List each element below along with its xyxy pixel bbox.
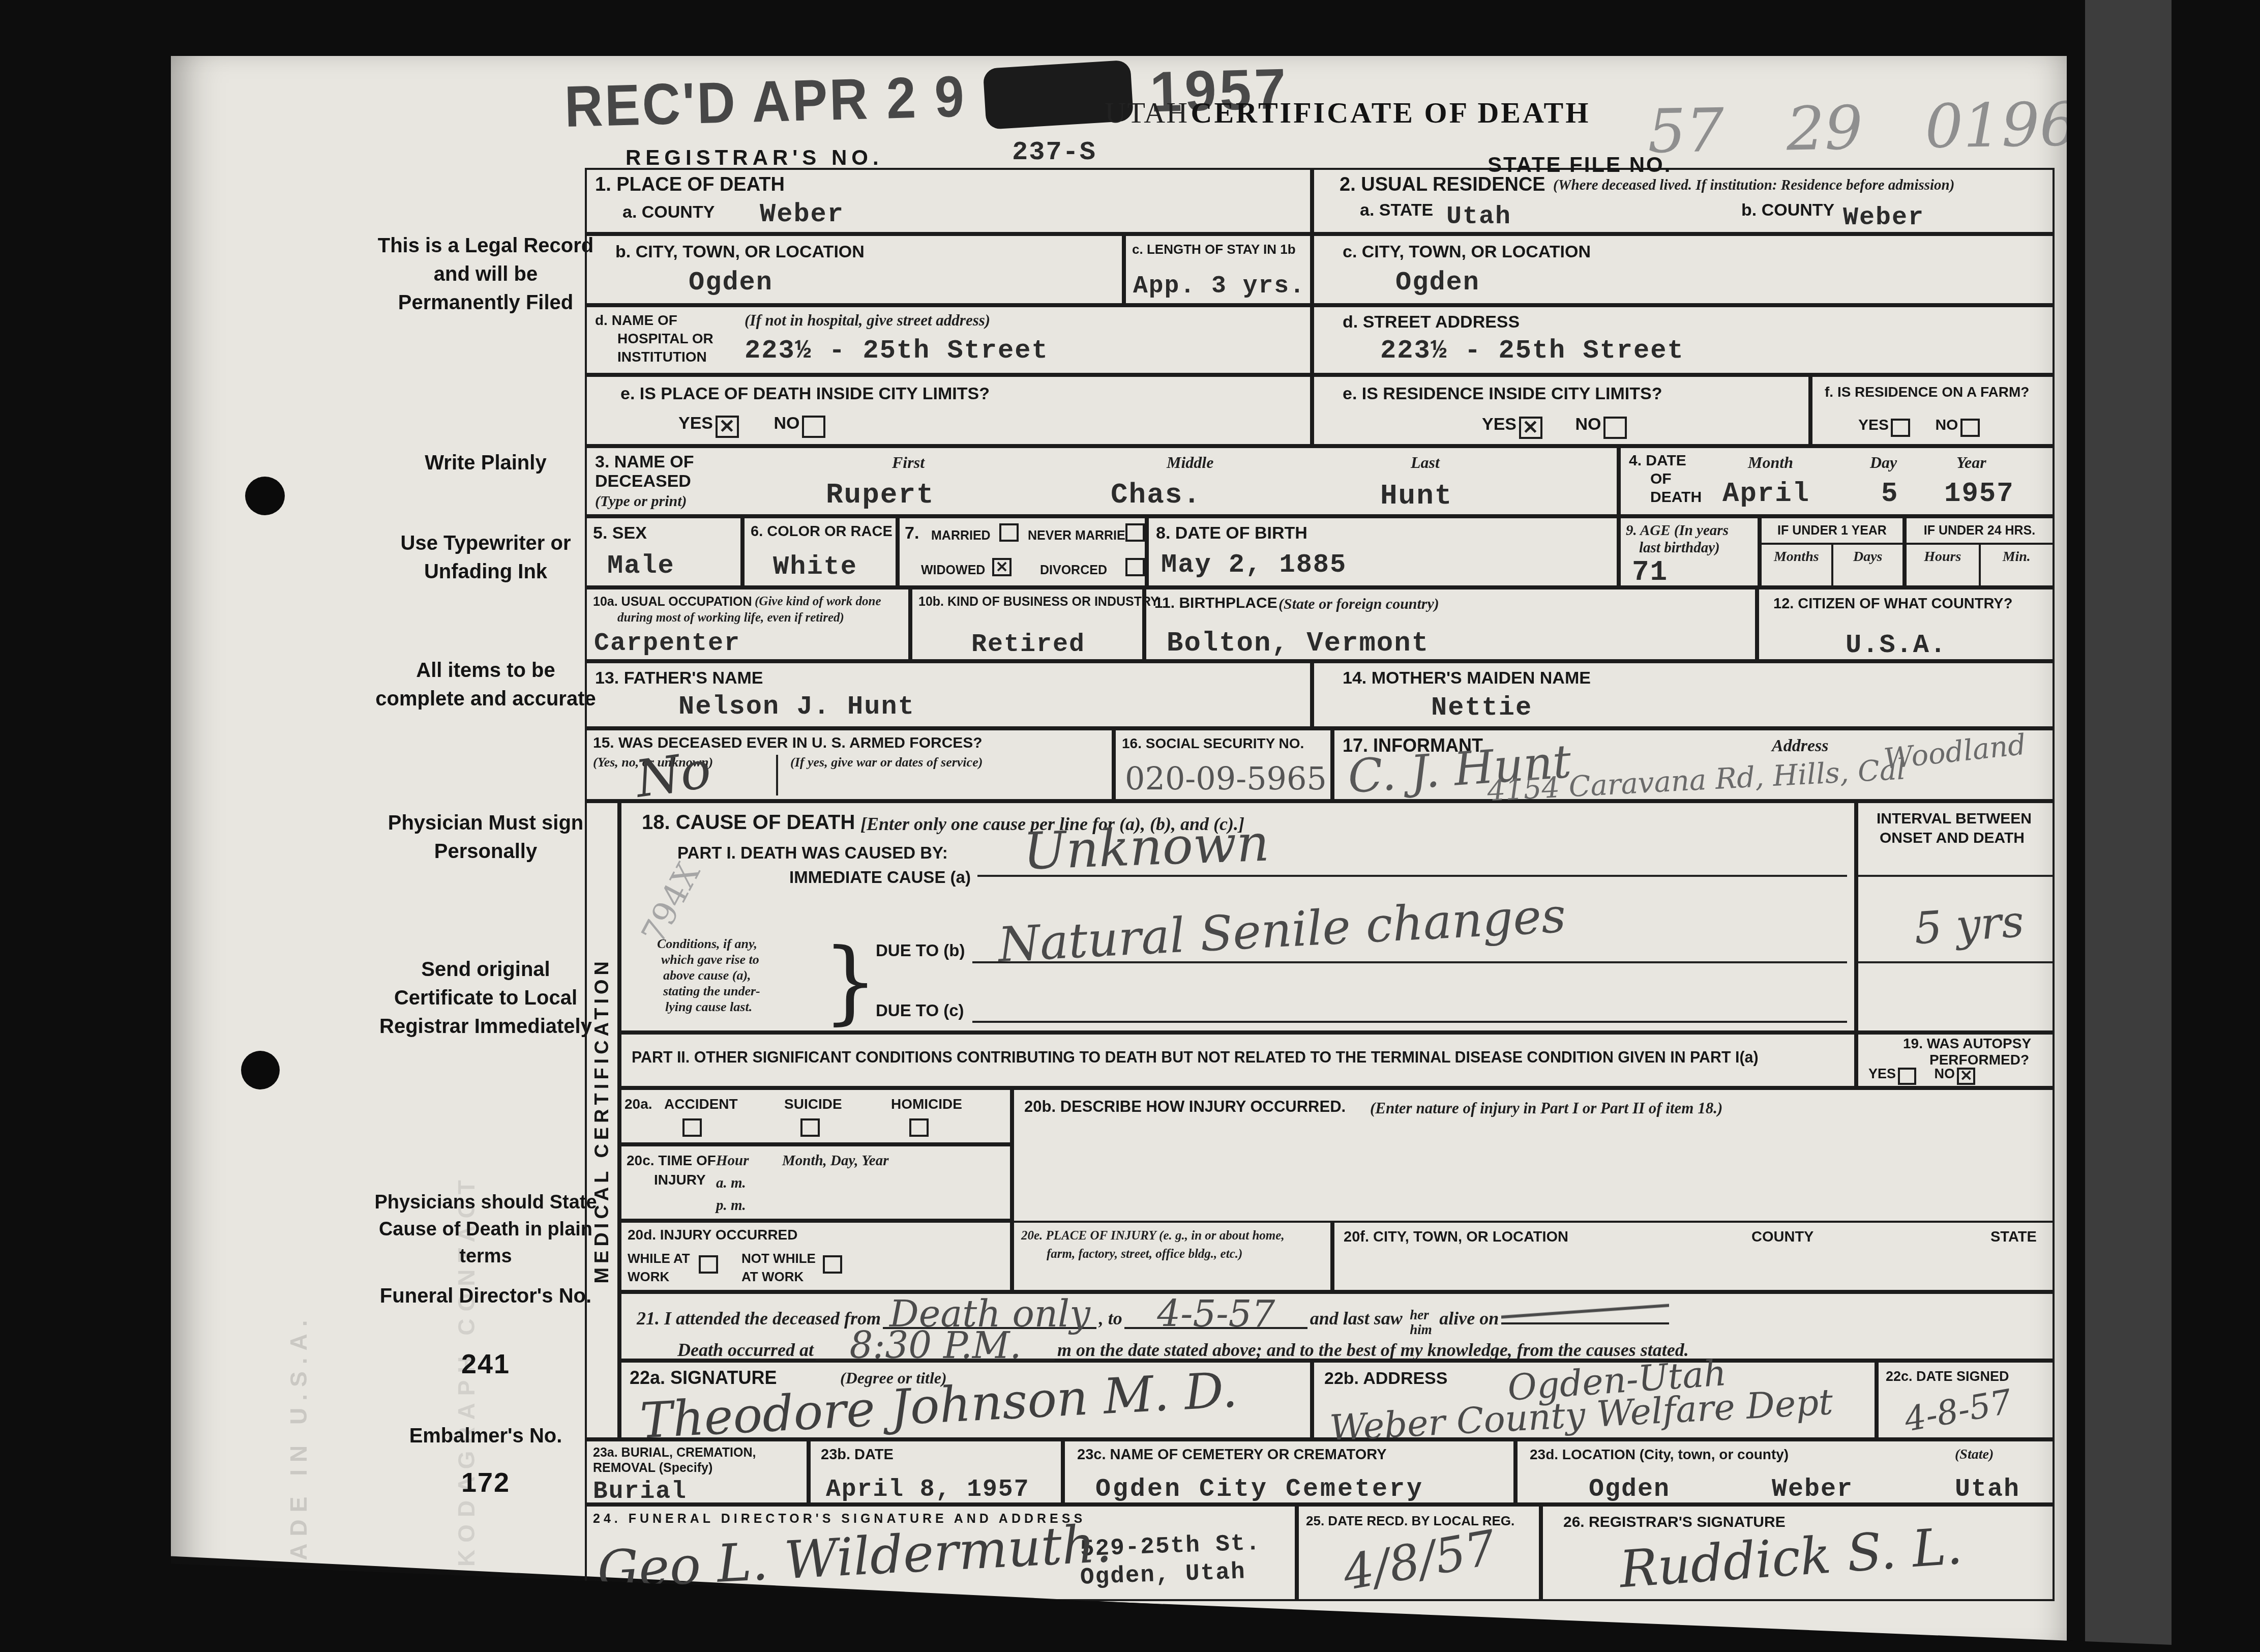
cause-b-value: Natural Senile changes <box>997 888 1567 973</box>
citizen-country-value: U.S.A. <box>1846 630 1947 660</box>
conditions-brace: } <box>823 929 878 1035</box>
form-title-state: UTAH <box>1105 96 1188 129</box>
registrar-no-value: 237-S <box>1012 137 1096 167</box>
describe-injury-label: 20b. DESCRIBE HOW INJURY OCCURRED. <box>1024 1098 1346 1116</box>
field-physician-address: 22b. ADDRESS Ogden-Utah Weber County Wel… <box>1312 1361 1877 1439</box>
field-injury-occurred: 20d. INJURY OCCURRED WHILE AT WORK NOT W… <box>619 1221 1012 1292</box>
due-to-b-label: DUE TO (b) <box>876 941 965 960</box>
county-of-death-value: Weber <box>760 199 844 229</box>
field-20a-num: 20a. <box>625 1096 652 1112</box>
cemetery-name-label: 23c. NAME OF CEMETERY OR CREMATORY <box>1077 1447 1387 1463</box>
left-black-band <box>0 0 171 1652</box>
death-occurred-text-2: m on the date stated above; and to the b… <box>1057 1340 1689 1360</box>
field-registrar-signature: 26. REGISTRAR'S SIGNATURE Ruddick S. L. <box>1541 1504 2055 1601</box>
birthplace-label: 11. BIRTHPLACE <box>1154 595 1277 612</box>
injury-city-label: 20f. CITY, TOWN, OR LOCATION <box>1344 1229 1568 1245</box>
cemetery-city-value: Ogden <box>1589 1475 1670 1504</box>
residence-farm-answers: YES NO <box>1858 417 1980 437</box>
no-label: NO <box>774 414 799 433</box>
residence-city-limits-answers: YES ✕ NO <box>1482 415 1627 439</box>
hospital-note: (If not in hospital, give street address… <box>745 311 990 330</box>
divorced-label: DIVORCED <box>1040 563 1107 577</box>
signature-label: 22a. SIGNATURE <box>630 1368 777 1388</box>
interval-label-1: INTERVAL BETWEEN <box>1877 810 2032 828</box>
color-race-label: 6. COLOR OR RACE <box>751 523 893 540</box>
field-describe-injury: 20b. DESCRIBE HOW INJURY OCCURRED. (Ente… <box>1012 1088 2055 1221</box>
attended-text-1: 21. I attended the deceased from <box>637 1308 881 1329</box>
month-header: Month <box>1748 453 1793 472</box>
name-deceased-label-2: DECEASED <box>595 471 691 491</box>
not-while-label: NOT WHILE <box>741 1251 816 1266</box>
cause-a-value: Unknown <box>1022 813 1270 881</box>
field-city-of-death: b. CITY, TOWN, OR LOCATION Ogden <box>585 234 1124 305</box>
part2-label: PART II. OTHER SIGNIFICANT CONDITIONS CO… <box>632 1049 1759 1067</box>
yes-label: YES <box>1858 417 1889 433</box>
field-cemetery-location: 23d. LOCATION (City, town, or county) (S… <box>1515 1439 2055 1504</box>
margin-note-send-original: Send original Certificate to Local Regis… <box>374 955 598 1041</box>
top-black-band <box>0 0 2260 56</box>
margin-note-typewriter: Use Typewriter or Unfading Ink <box>374 529 598 586</box>
suicide-label: SUICIDE <box>784 1096 842 1112</box>
margin-note-complete: All items to be complete and accurate <box>374 656 598 713</box>
death-city-limits-answers: YES ✕ NO <box>678 414 825 438</box>
citizen-country-label: 12. CITIZEN OF WHAT COUNTRY? <box>1773 596 2012 612</box>
field-citizen-country: 12. CITIZEN OF WHAT COUNTRY? U.S.A. <box>1757 587 2055 661</box>
min-header: Min. <box>2003 549 2031 587</box>
checked-checkbox: ✕ <box>992 558 1012 576</box>
registrar-signature-label: 26. REGISTRAR'S SIGNATURE <box>1563 1514 1786 1531</box>
field-color-race: 6. COLOR OR RACE White <box>742 516 898 587</box>
empty-checkbox <box>823 1255 842 1274</box>
field-part2-conditions: PART II. OTHER SIGNIFICANT CONDITIONS CO… <box>619 1032 1856 1088</box>
conditions-line-2: which gave rise to <box>661 952 759 967</box>
field-length-of-stay: c. LENGTH OF STAY IN 1b App. 3 yrs. <box>1124 234 1312 305</box>
street-address-value: 223½ - 25th Street <box>1380 336 1684 366</box>
field-time-of-injury: 20c. TIME OF INJURY Hour Month, Day, Yea… <box>619 1144 1012 1221</box>
field-accident-suicide-homicide: 20a. ACCIDENT SUICIDE HOMICIDE <box>619 1088 1012 1144</box>
empty-checkbox <box>1891 419 1910 437</box>
date-signed-value: 4-8-57 <box>1901 1382 2015 1439</box>
social-security-label: 16. SOCIAL SECURITY NO. <box>1122 735 1304 751</box>
cemetery-name-value: Ogden City Cemetery <box>1095 1475 1424 1504</box>
date-of-death-label-3: DEATH <box>1650 489 1702 506</box>
min-box: Min. <box>1981 545 2053 587</box>
death-certificate-scan: KODAGRAPH CONTACT MADE IN U.S.A. REC'D A… <box>0 0 2260 1652</box>
attended-text-2: , to <box>1099 1308 1122 1329</box>
empty-checkbox <box>1125 558 1145 576</box>
color-race-value: White <box>773 552 857 582</box>
field-date-received: 25. DATE RECD. BY LOCAL REG. 4/8/57 <box>1297 1504 1541 1601</box>
cause-c-line <box>972 1021 1847 1023</box>
describe-injury-note: (Enter nature of injury in Part I or Par… <box>1370 1099 1722 1117</box>
occupation-value: Carpenter <box>594 629 740 658</box>
armed-forces-value: No <box>632 740 715 809</box>
social-security-value: 020-09-5965 <box>1125 760 1327 797</box>
margin-note-legal-record: This is a Legal Record and will be Perma… <box>374 231 598 317</box>
residence-city-limits-label: e. IS RESIDENCE INSIDE CITY LIMITS? <box>1343 384 1662 403</box>
city-of-death-value: Ogden <box>689 268 773 298</box>
field-business-industry: 10b. KIND OF BUSINESS OR INDUSTRY Retire… <box>910 587 1144 661</box>
occupation-label-b: (Give kind of work done <box>755 595 881 609</box>
medical-certification-label: MEDICAL CERTIFICATION <box>591 957 613 1284</box>
checked-checkbox: ✕ <box>1957 1068 1975 1085</box>
year-header: Year <box>1956 453 1986 472</box>
date-signed-label: 22c. DATE SIGNED <box>1886 1369 2009 1384</box>
yes-label: YES <box>1868 1066 1896 1081</box>
attended-to-value: 4-5-57 <box>1157 1299 1275 1329</box>
occupation-label-a: 10a. USUAL OCCUPATION <box>593 595 752 609</box>
yes-label: YES <box>1482 415 1516 434</box>
months-header: Months <box>1774 549 1819 587</box>
residence-state-label: a. STATE <box>1360 200 1433 220</box>
first-name-header: First <box>892 453 925 472</box>
sex-value: Male <box>607 551 675 581</box>
city-of-death-label: b. CITY, TOWN, OR LOCATION <box>615 242 865 261</box>
physician-address-label: 22b. ADDRESS <box>1324 1369 1447 1388</box>
birthplace-note: (State or foreign country) <box>1278 596 1439 613</box>
work-label: WORK <box>628 1270 669 1284</box>
interval-label-2: ONSET AND DEATH <box>1880 830 2025 847</box>
homicide-label: HOMICIDE <box>891 1096 962 1112</box>
residence-state-value: Utah <box>1446 202 1511 231</box>
death-day-value: 5 <box>1881 479 1898 510</box>
field-residence-city-limits: e. IS RESIDENCE INSIDE CITY LIMITS? YES … <box>1312 375 1810 446</box>
field-date-signed: 22c. DATE SIGNED 4-8-57 <box>1877 1361 2055 1439</box>
injury-county-label: COUNTY <box>1751 1229 1813 1245</box>
field-if-under-1-year: IF UNDER 1 YEAR Months Days <box>1760 516 1905 587</box>
death-year-value: 1957 <box>1944 479 2014 510</box>
residence-county-label: b. COUNTY <box>1741 200 1834 220</box>
part1-label: PART I. DEATH WAS CAUSED BY: <box>677 844 948 863</box>
last-name-value: Hunt <box>1380 480 1452 512</box>
death-month-value: April <box>1722 479 1810 510</box>
margin-note-write-plainly: Write Plainly <box>374 449 598 477</box>
field-physician-signature: 22a. SIGNATURE (Degree or title) Theodor… <box>619 1361 1312 1439</box>
armed-forces-note-2: (If yes, give war or dates of service) <box>790 755 983 770</box>
field-birthplace: 11. BIRTHPLACE (State or foreign country… <box>1144 587 1757 661</box>
hospital-label-1: d. NAME OF <box>595 312 677 328</box>
field-injury-city-county-state: 20f. CITY, TOWN, OR LOCATION COUNTY STAT… <box>1332 1221 2055 1292</box>
mothers-maiden-name-value: Nettie <box>1431 693 1532 723</box>
empty-checkbox <box>1898 1068 1916 1085</box>
first-name-value: Rupert <box>826 479 935 511</box>
fathers-name-value: Nelson J. Hunt <box>678 692 915 722</box>
death-city-limits-label: e. IS PLACE OF DEATH INSIDE CITY LIMITS? <box>620 384 990 403</box>
length-of-stay-label: c. LENGTH OF STAY IN 1b <box>1132 242 1296 257</box>
usual-residence-title: 2. USUAL RESIDENCE <box>1340 174 1545 196</box>
middle-name-header: Middle <box>1167 453 1213 472</box>
empty-checkbox <box>699 1255 718 1274</box>
hours-box: Hours <box>1907 545 1981 587</box>
death-occurred-text: Death occurred at <box>677 1340 814 1360</box>
burial-date-label: 23b. DATE <box>821 1447 894 1463</box>
under-24-hrs-header-box: IF UNDER 24 HRS. <box>1907 518 2053 545</box>
field-armed-forces: 15. WAS DECEASED EVER IN U. S. ARMED FOR… <box>585 728 1114 801</box>
funeral-director-no-value: 241 <box>374 1345 598 1384</box>
under-24-hrs-label: IF UNDER 24 HRS. <box>1924 523 2035 538</box>
interval-line-b <box>1858 961 2053 963</box>
checked-checkbox: ✕ <box>716 416 739 438</box>
under-1-year-label: IF UNDER 1 YEAR <box>1777 523 1887 538</box>
empty-checkbox <box>1125 523 1145 542</box>
conditions-line-3: above cause (a), <box>663 968 751 983</box>
fathers-name-label: 13. FATHER'S NAME <box>595 668 763 688</box>
residence-county-value: Weber <box>1843 203 1924 232</box>
embalmer-no-label: Embalmer's No. <box>374 1422 598 1450</box>
days-box: Days <box>1833 545 1903 587</box>
informant-address-header: Address <box>1772 736 1828 756</box>
hole-punch-icon <box>245 477 285 515</box>
form-title-main: CERTIFICATE OF DEATH <box>1191 96 1591 129</box>
death-time-value: 8:30 P.M. <box>849 1331 1021 1360</box>
field-cause-of-death: 18. CAUSE OF DEATH [Enter only one cause… <box>619 801 1856 1032</box>
accident-label: ACCIDENT <box>664 1096 738 1112</box>
am-label: a. m. <box>716 1175 746 1192</box>
mothers-maiden-name-label: 14. MOTHER'S MAIDEN NAME <box>1343 668 1591 688</box>
margin-note-plain-terms: Physicians should State Cause of Death i… <box>366 1189 605 1271</box>
usual-residence-note: (Where deceased lived. If institution: R… <box>1553 177 1954 194</box>
field-usual-occupation: 10a. USUAL OCCUPATION (Give kind of work… <box>585 587 910 661</box>
form-title: UTAH CERTIFICATE OF DEATH <box>1063 96 1632 130</box>
field-place-of-injury: 20e. PLACE OF INJURY (e. g., in or about… <box>1012 1221 1332 1292</box>
empty-checkbox <box>682 1118 702 1137</box>
field-date-of-birth: 8. DATE OF BIRTH May 2, 1885 <box>1147 516 1619 587</box>
cemetery-location-label: 23d. LOCATION (City, town, or county) <box>1530 1447 1789 1462</box>
interval-b-value: 5 yrs <box>1913 896 2026 955</box>
field-interval-onset-death: INTERVAL BETWEEN ONSET AND DEATH 5 yrs <box>1856 801 2055 1032</box>
field-marital-status: 7. MARRIED NEVER MARRIED WIDOWED ✕ DIVOR… <box>898 516 1147 587</box>
field-name-of-deceased: 3. NAME OF DECEASED (Type or print) Firs… <box>585 446 1619 516</box>
empty-checkbox <box>999 523 1019 542</box>
cause-of-death-title: 18. CAUSE OF DEATH <box>642 811 855 834</box>
burial-label-2: REMOVAL (Specify) <box>593 1461 712 1475</box>
attended-to-blank: 4-5-57 <box>1124 1297 1307 1329</box>
immediate-cause-label: IMMEDIATE CAUSE (a) <box>789 868 971 887</box>
field-sex: 5. SEX Male <box>585 516 742 587</box>
field-if-under-24-hrs: IF UNDER 24 HRS. Hours Min. <box>1905 516 2055 587</box>
business-industry-label: 10b. KIND OF BUSINESS OR INDUSTRY <box>918 595 1159 609</box>
funeral-director-no-label: Funeral Director's No. <box>374 1282 598 1310</box>
sex-label: 5. SEX <box>593 523 647 543</box>
under-1-year-subcols: Months Days <box>1762 545 1902 587</box>
residence-city-label: c. CITY, TOWN, OR LOCATION <box>1343 242 1591 261</box>
conditions-line-5: lying cause last. <box>665 999 752 1015</box>
name-deceased-label-1: 3. NAME OF <box>595 452 694 471</box>
residence-farm-label: f. IS RESIDENCE ON A FARM? <box>1825 384 2029 400</box>
paper-watermark-madeinusa: MADE IN U.S.A. <box>285 1302 312 1587</box>
month-day-year-header: Month, Day, Year <box>782 1153 888 1169</box>
cemetery-county-value: Weber <box>1772 1475 1853 1504</box>
checked-checkbox: ✕ <box>1519 417 1542 439</box>
date-of-birth-label: 8. DATE OF BIRTH <box>1156 523 1307 543</box>
cemetery-state-header: (State) <box>1955 1447 1994 1463</box>
margin-note-physician-sign: Physician Must sign Personally <box>374 809 598 866</box>
registrar-no-label: REGISTRAR'S NO. <box>626 145 883 169</box>
field-residence-city: c. CITY, TOWN, OR LOCATION Ogden <box>1312 234 2055 305</box>
attended-text-3: and last saw <box>1310 1308 1403 1329</box>
interval-line-a <box>1858 875 2053 877</box>
autopsy-answers: YES NO ✕ <box>1868 1066 1975 1085</box>
time-of-injury-label-2: INJURY <box>654 1172 706 1188</box>
time-of-injury-label-1: 20c. TIME OF <box>627 1153 716 1168</box>
no-label: NO <box>1934 1066 1955 1081</box>
never-married-label: NEVER MARRIED <box>1028 528 1135 543</box>
under-1-year-header-box: IF UNDER 1 YEAR <box>1762 518 1902 545</box>
scanner-edge-strip <box>2085 0 2172 1652</box>
middle-name-value: Chas. <box>1111 479 1201 511</box>
age-label-2: last birthday) <box>1639 540 1720 556</box>
autopsy-label-1: 19. WAS AUTOPSY <box>1903 1036 2031 1051</box>
hospital-label-3: INSTITUTION <box>617 349 707 365</box>
injury-state-label: STATE <box>1990 1229 2037 1245</box>
date-of-death-label-2: OF <box>1650 470 1672 488</box>
age-value: 71 <box>1632 556 1668 588</box>
state-file-no-value: 57 29 0196 <box>1647 89 2078 167</box>
empty-checkbox <box>909 1118 929 1137</box>
length-of-stay-value: App. 3 yrs. <box>1133 273 1305 300</box>
field-residence-farm: f. IS RESIDENCE ON A FARM? YES NO <box>1810 375 2055 446</box>
empty-checkbox <box>802 416 825 438</box>
hole-punch-icon <box>241 1051 280 1089</box>
date-of-birth-value: May 2, 1885 <box>1161 550 1347 580</box>
empty-checkbox <box>1960 419 1980 437</box>
days-header: Days <box>1853 549 1883 587</box>
no-label: NO <box>1575 415 1601 434</box>
field-cemetery-name: 23c. NAME OF CEMETERY OR CREMATORY Ogden… <box>1063 1439 1515 1504</box>
empty-checkbox <box>800 1118 820 1137</box>
pencil-code: 794X <box>635 857 708 950</box>
field-death-city-limits: e. IS PLACE OF DEATH INSIDE CITY LIMITS?… <box>585 375 1312 446</box>
field-attended-statement: 21. I attended the deceased from Death o… <box>619 1292 2055 1361</box>
burial-label-1: 23a. BURIAL, CREMATION, <box>593 1445 756 1460</box>
field-mothers-maiden-name: 14. MOTHER'S MAIDEN NAME Nettie <box>1312 661 2055 728</box>
name-deceased-label-3: (Type or print) <box>595 493 687 510</box>
no-label: NO <box>1935 417 1958 433</box>
medical-certification-strip: MEDICAL CERTIFICATION <box>585 801 619 1439</box>
marital-num: 7. <box>905 523 919 543</box>
field-burial-date: 23b. DATE April 8, 1957 <box>809 1439 1063 1504</box>
stamp-received-text: REC'D APR 2 9 <box>564 64 967 141</box>
occupation-label-2: during most of working life, even if ret… <box>617 611 844 625</box>
at-work-label: AT WORK <box>741 1270 804 1284</box>
field-hospital-name: d. NAME OF HOSPITAL OR INSTITUTION (If n… <box>585 305 1312 375</box>
while-at-label: WHILE AT <box>628 1251 690 1266</box>
last-name-header: Last <box>1411 453 1440 472</box>
field-usual-residence: 2. USUAL RESIDENCE (Where deceased lived… <box>1312 168 2055 234</box>
field-fathers-name: 13. FATHER'S NAME Nelson J. Hunt <box>585 661 1312 728</box>
conditions-line-4: stating the under- <box>663 984 760 999</box>
alive-on-scribble <box>1501 1300 1669 1324</box>
day-header: Day <box>1870 453 1897 472</box>
hospital-value: 223½ - 25th Street <box>745 336 1049 366</box>
field-place-of-death: 1. PLACE OF DEATH a. COUNTY Weber <box>585 168 1312 234</box>
armed-forces-divider <box>776 755 778 795</box>
yes-label: YES <box>678 414 713 433</box>
autopsy-label-2: PERFORMED? <box>1929 1052 2029 1068</box>
county-of-death-label: a. COUNTY <box>622 202 715 222</box>
burial-type-value: Burial <box>593 1478 687 1506</box>
widowed-label: WIDOWED <box>921 563 985 577</box>
field-social-security: 16. SOCIAL SECURITY NO. 020-09-5965 <box>1114 728 1332 801</box>
field-date-of-death: 4. DATE OF DEATH Month Day Year April 5 … <box>1619 446 2055 516</box>
field-age: 9. AGE (In years last birthday) 71 <box>1619 516 1760 587</box>
attended-text-4: alive on <box>1439 1308 1499 1329</box>
birthplace-value: Bolton, Vermont <box>1167 628 1429 659</box>
hour-header: Hour <box>716 1153 749 1169</box>
her-label: her <box>1410 1308 1432 1322</box>
place-of-injury-label-2: farm, factory, street, office bldg., etc… <box>1047 1247 1242 1261</box>
hospital-label-2: HOSPITAL OR <box>617 331 713 346</box>
attended-line-2: Death occurred at 8:30 P.M. m on the dat… <box>677 1329 1689 1361</box>
place-of-death-title: 1. PLACE OF DEATH <box>595 174 785 196</box>
empty-checkbox <box>1603 417 1627 439</box>
injury-occurred-label: 20d. INJURY OCCURRED <box>628 1227 798 1243</box>
field-autopsy: 19. WAS AUTOPSY PERFORMED? YES NO ✕ <box>1856 1032 2055 1088</box>
hours-header: Hours <box>1924 549 1961 587</box>
pm-label: p. m. <box>716 1197 746 1214</box>
burial-date-value: April 8, 1957 <box>826 1476 1029 1503</box>
field-street-address: d. STREET ADDRESS 223½ - 25th Street <box>1312 305 2055 375</box>
field-burial-type: 23a. BURIAL, CREMATION, REMOVAL (Specify… <box>585 1439 809 1504</box>
under-24-hrs-subcols: Hours Min. <box>1907 545 2053 587</box>
place-of-injury-label-1: 20e. PLACE OF INJURY (e. g., in or about… <box>1021 1229 1285 1243</box>
embalmer-no-value: 172 <box>374 1464 598 1502</box>
married-label: MARRIED <box>931 528 991 543</box>
date-received-value: 4/8/57 <box>1339 1520 1500 1602</box>
death-time-blank: 8:30 P.M. <box>816 1329 1055 1361</box>
due-to-c-label: DUE TO (c) <box>876 1001 964 1020</box>
months-box: Months <box>1762 545 1833 587</box>
field-informant: 17. INFORMANT Address C. J. Hunt Woodlan… <box>1332 728 2055 801</box>
date-of-death-label-1: 4. DATE <box>1629 452 1686 469</box>
residence-city-value: Ogden <box>1395 268 1480 298</box>
state-file-no-label: STATE FILE NO. <box>1488 153 1672 176</box>
street-address-label: d. STREET ADDRESS <box>1343 312 1520 332</box>
conditions-line-1: Conditions, if any, <box>657 936 757 952</box>
age-label-1: 9. AGE (In years <box>1626 522 1729 539</box>
business-industry-value: Retired <box>971 630 1085 659</box>
cemetery-state-value: Utah <box>1955 1475 2020 1504</box>
